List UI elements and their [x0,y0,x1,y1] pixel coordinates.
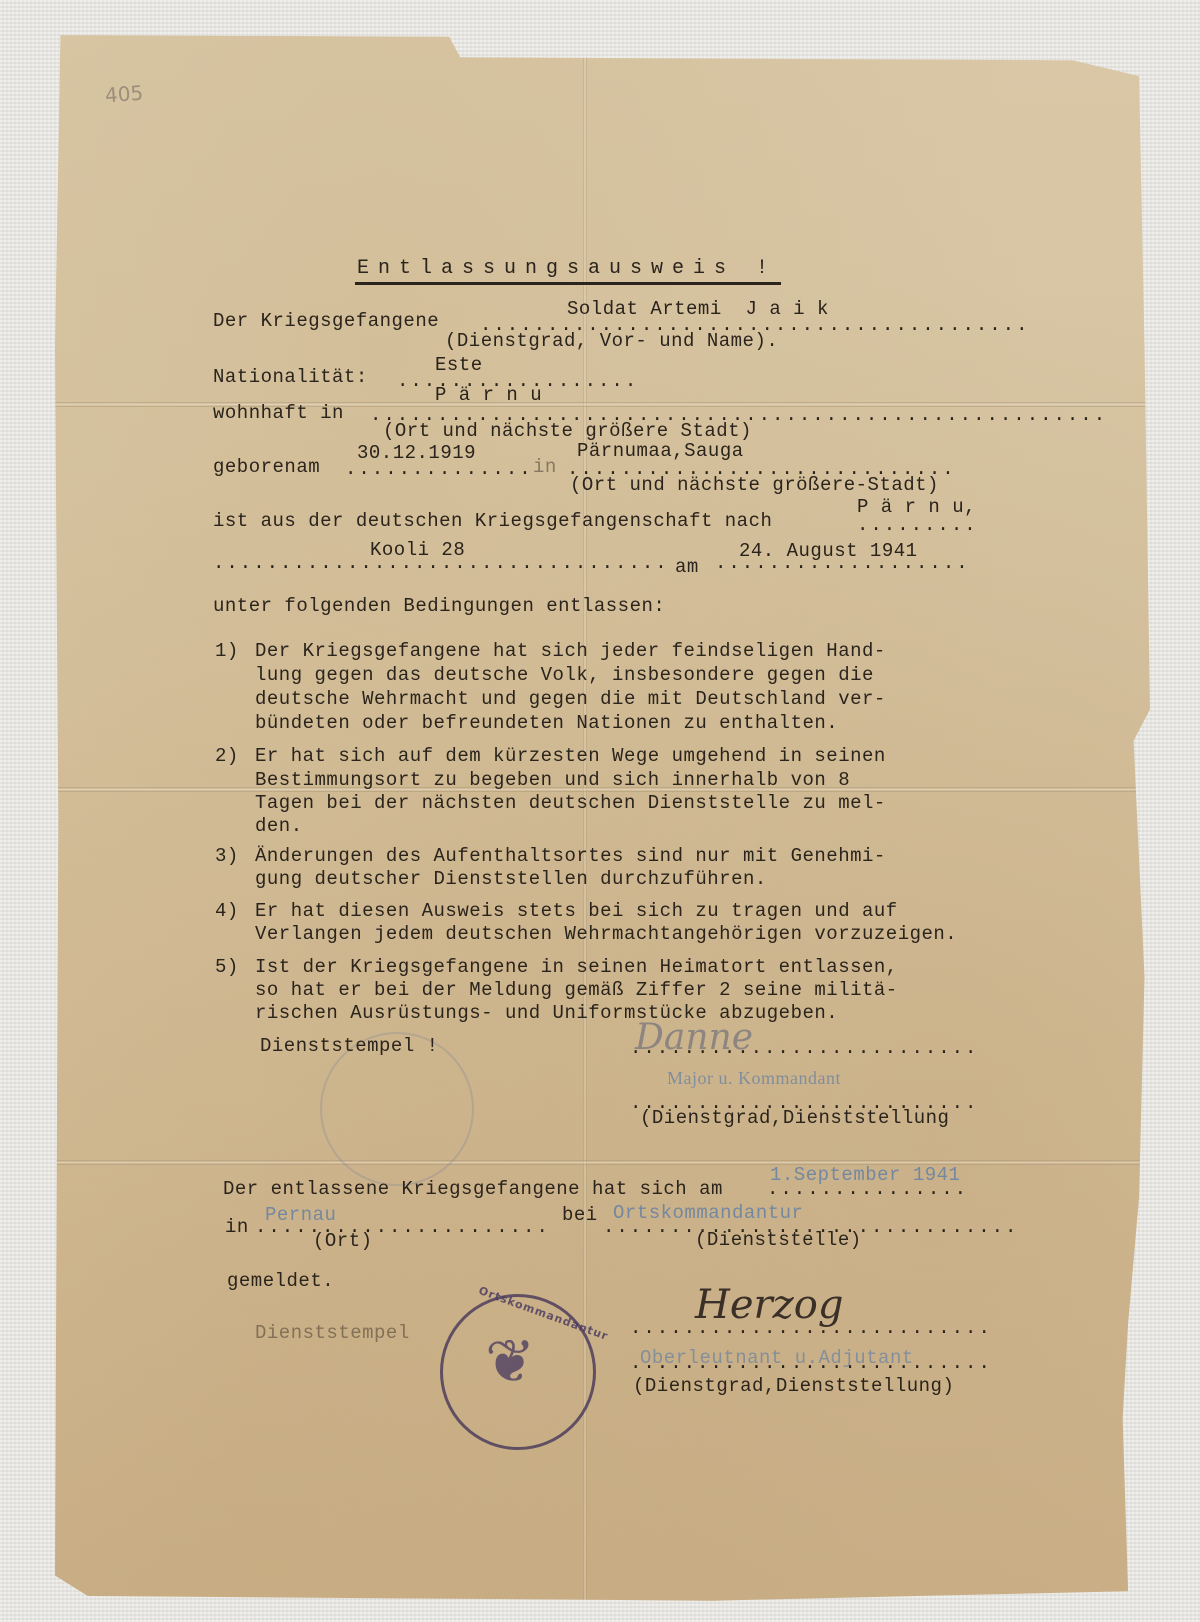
condition-line: Bestimmungsort zu begeben und sich inner… [255,769,850,791]
condition-line: Er hat sich auf dem kürzesten Wege umgeh… [255,745,886,767]
condition-number: 5) [215,956,239,978]
condition-line: lung gegen das deutsche Volk, insbesonde… [255,664,874,686]
condition-line: Er hat diesen Ausweis stets bei sich zu … [255,900,898,922]
prisoner-value: Soldat Artemi J a i k [567,298,829,320]
registration-date: 1.September 1941 [770,1164,960,1186]
condition-line: Der Kriegsgefangene hat sich jeder feind… [255,640,886,662]
rank-hint: (Dienstgrad,Dienststellung [640,1107,949,1129]
condition-line: Verlangen jedem deutschen Wehrmachtangeh… [255,923,957,945]
condition-line: Tagen bei der nächsten deutschen Diensts… [255,792,886,814]
born-date: 30.12.1919 [357,442,476,464]
residence-label: wohnhaft in [213,402,344,424]
eagle-emblem-icon: ❦ [485,1327,535,1397]
at-label: bei [562,1204,598,1226]
in-label: in [225,1216,249,1238]
commander-rank-stamp: Major u. Kommandant [667,1068,841,1089]
document-title: Entlassungsausweis ! [355,257,781,285]
condition-number: 4) [215,900,239,922]
registration-stamp-label: Dienststempel [255,1322,410,1344]
residence-hint: (Ort und nächste größere Stadt) [383,420,752,442]
release-date: 24. August 1941 [739,540,918,562]
reported-label: gemeldet. [227,1270,334,1292]
released-text: ist aus der deutschen Kriegsgefangenscha… [213,510,772,532]
nationality-value: Este [435,354,483,376]
registration-intro: Der entlassene Kriegsgefangene hat sich … [223,1178,723,1200]
signature-line: .......................... [630,1037,978,1059]
condition-line: so hat er bei der Meldung gemäß Ziffer 2… [255,979,898,1001]
dotted-line: ........................... [630,1352,992,1374]
horizontal-fold [55,1160,1150,1165]
registration-place: Pernau [265,1204,336,1226]
born-in-label: in [533,456,557,478]
condition-line: gung deutscher Dienststellen durchzuführ… [255,868,767,890]
born-hint: (Ort und nächste größere-Stadt) [570,474,939,496]
office-hint: (Dienststelle) [695,1229,862,1251]
pencil-archive-number: 405 [104,81,144,108]
signature-line: ........................... [630,1317,992,1339]
released-to: P ä r n u, [857,496,976,518]
adjutant-rank-hint: (Dienstgrad,Dienststellung) [633,1375,954,1397]
condition-line: Änderungen des Aufenthaltsortes sind nur… [255,845,886,867]
condition-line: Ist der Kriegsgefangene in seinen Heimat… [255,956,898,978]
document-paper: 405 Entlassungsausweis ! Der Kriegsgefan… [55,32,1150,1607]
condition-number: 1) [215,640,239,662]
residence-value: P ä r n u [435,384,542,406]
nationality-label: Nationalität: [213,366,368,388]
on-label: am [675,556,699,578]
dotted-line: .................................. [213,552,669,574]
condition-number: 3) [215,845,239,867]
born-label: geborenam [213,456,320,478]
condition-line: deutsche Wehrmacht und gegen die mit Deu… [255,688,886,710]
born-place: Pärnumaa,Sauga [577,440,744,462]
prisoner-label: Der Kriegsgefangene [213,310,439,332]
prisoner-hint: (Dienstgrad, Vor- und Name). [445,330,778,352]
conditions-intro: unter folgenden Bedingungen entlassen: [213,595,665,617]
condition-line: bündeten oder befreundeten Nationen zu e… [255,712,838,734]
registration-office: Ortskommandantur [613,1202,803,1224]
stamp-label: Dienststempel ! [260,1035,439,1057]
condition-number: 2) [215,745,239,767]
condition-line: den. [255,815,303,837]
place-hint: (Ort) [313,1230,373,1252]
